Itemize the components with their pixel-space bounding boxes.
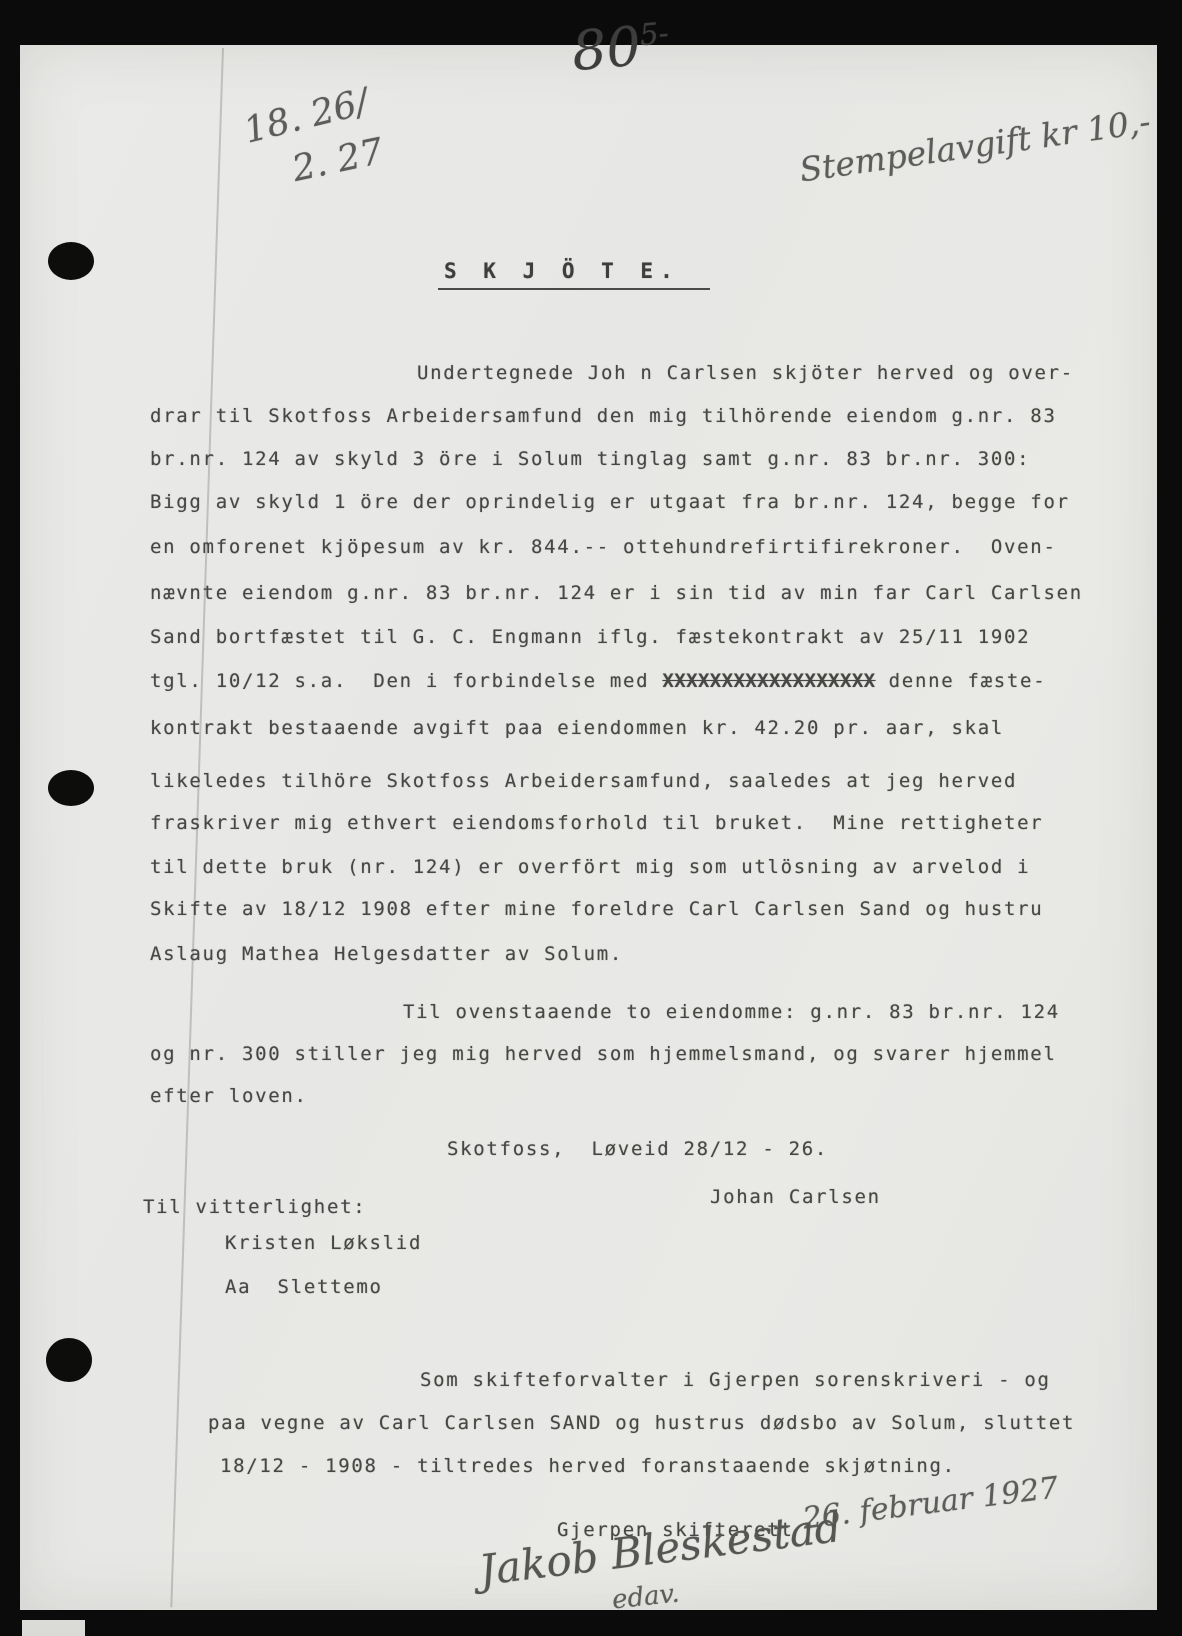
body-line-6: nævnte eiendom g.nr. 83 br.nr. 124 er i …: [150, 582, 1083, 604]
scan-border-right: [1157, 0, 1182, 1636]
body-line-5: en omforenet kjöpesum av kr. 844.-- otte…: [150, 536, 1057, 558]
body-line-8-post: denne fæste-: [876, 670, 1047, 692]
witness-name-1: Kristen Løkslid: [225, 1232, 422, 1254]
body-line-14: Aslaug Mathea Helgesdatter av Solum.: [150, 943, 623, 965]
page-number-small: 5-: [638, 16, 670, 53]
probate-line-2: paa vegne av Carl Carlsen SAND og hustru…: [208, 1412, 1075, 1434]
page-number: 805-: [569, 12, 672, 83]
witness-heading: Til vitterlighet:: [143, 1196, 366, 1218]
scan-border-left: [0, 0, 20, 1636]
body-line-17: efter loven.: [150, 1085, 308, 1107]
body-line-4: Bigg av skyld 1 öre der oprindelig er ut…: [150, 491, 1070, 513]
body-line-10: likeledes tilhöre Skotfoss Arbeidersamfu…: [150, 770, 1017, 792]
probate-line-1: Som skifteforvalter i Gjerpen sorenskriv…: [420, 1369, 1051, 1391]
body-line-13: Skifte av 18/12 1908 efter mine foreldre…: [150, 898, 1043, 920]
body-line-11: fraskriver mig ethvert eiendomsforhold t…: [150, 812, 1043, 834]
crossed-out-text: XXXXXXXXXXXXXXXXXX: [662, 670, 875, 692]
scanned-document-page: 18. 26/ 2. 27 805- Stempelavgift kr 10,-…: [0, 0, 1182, 1636]
body-line-16: og nr. 300 stiller jeg mig herved som hj…: [150, 1043, 1057, 1065]
body-line-15: Til ovenstaaende to eiendomme: g.nr. 83 …: [403, 1001, 1060, 1023]
place-date-line: Skotfoss, Løveid 28/12 - 26.: [447, 1138, 828, 1160]
body-line-7: Sand bortfæstet til G. C. Engmann iflg. …: [150, 626, 1030, 648]
punch-hole-top: [48, 242, 94, 280]
body-line-12: til dette bruk (nr. 124) er overfört mig…: [150, 856, 1030, 878]
body-line-8-pre: tgl. 10/12 s.a. Den i forbindelse med: [150, 670, 662, 692]
scan-border-bottom: [0, 1610, 1182, 1636]
body-line-9: kontrakt bestaaende avgift paa eiendomme…: [150, 717, 1004, 739]
punch-hole-bottom: [46, 1338, 92, 1382]
page-number-large: 80: [569, 14, 643, 83]
body-line-3: br.nr. 124 av skyld 3 öre i Solum tingla…: [150, 448, 1030, 470]
body-line-2: drar til Skotfoss Arbeidersamfund den mi…: [150, 405, 1057, 427]
body-line-1: Undertegnede Joh n Carlsen skjöter herve…: [417, 362, 1074, 384]
underlying-page-corner: [22, 1620, 85, 1636]
witness-name-2: Aa Slettemo: [225, 1276, 383, 1298]
probate-line-3: 18/12 - 1908 - tiltredes herved foransta…: [220, 1455, 956, 1477]
document-title: S K J Ö T E.: [438, 260, 710, 283]
seller-signature-typed: Johan Carlsen: [710, 1186, 881, 1208]
punch-hole-middle: [48, 770, 94, 806]
document-title-text: S K J Ö T E.: [438, 259, 710, 290]
body-line-8: tgl. 10/12 s.a. Den i forbindelse med XX…: [150, 670, 1046, 692]
